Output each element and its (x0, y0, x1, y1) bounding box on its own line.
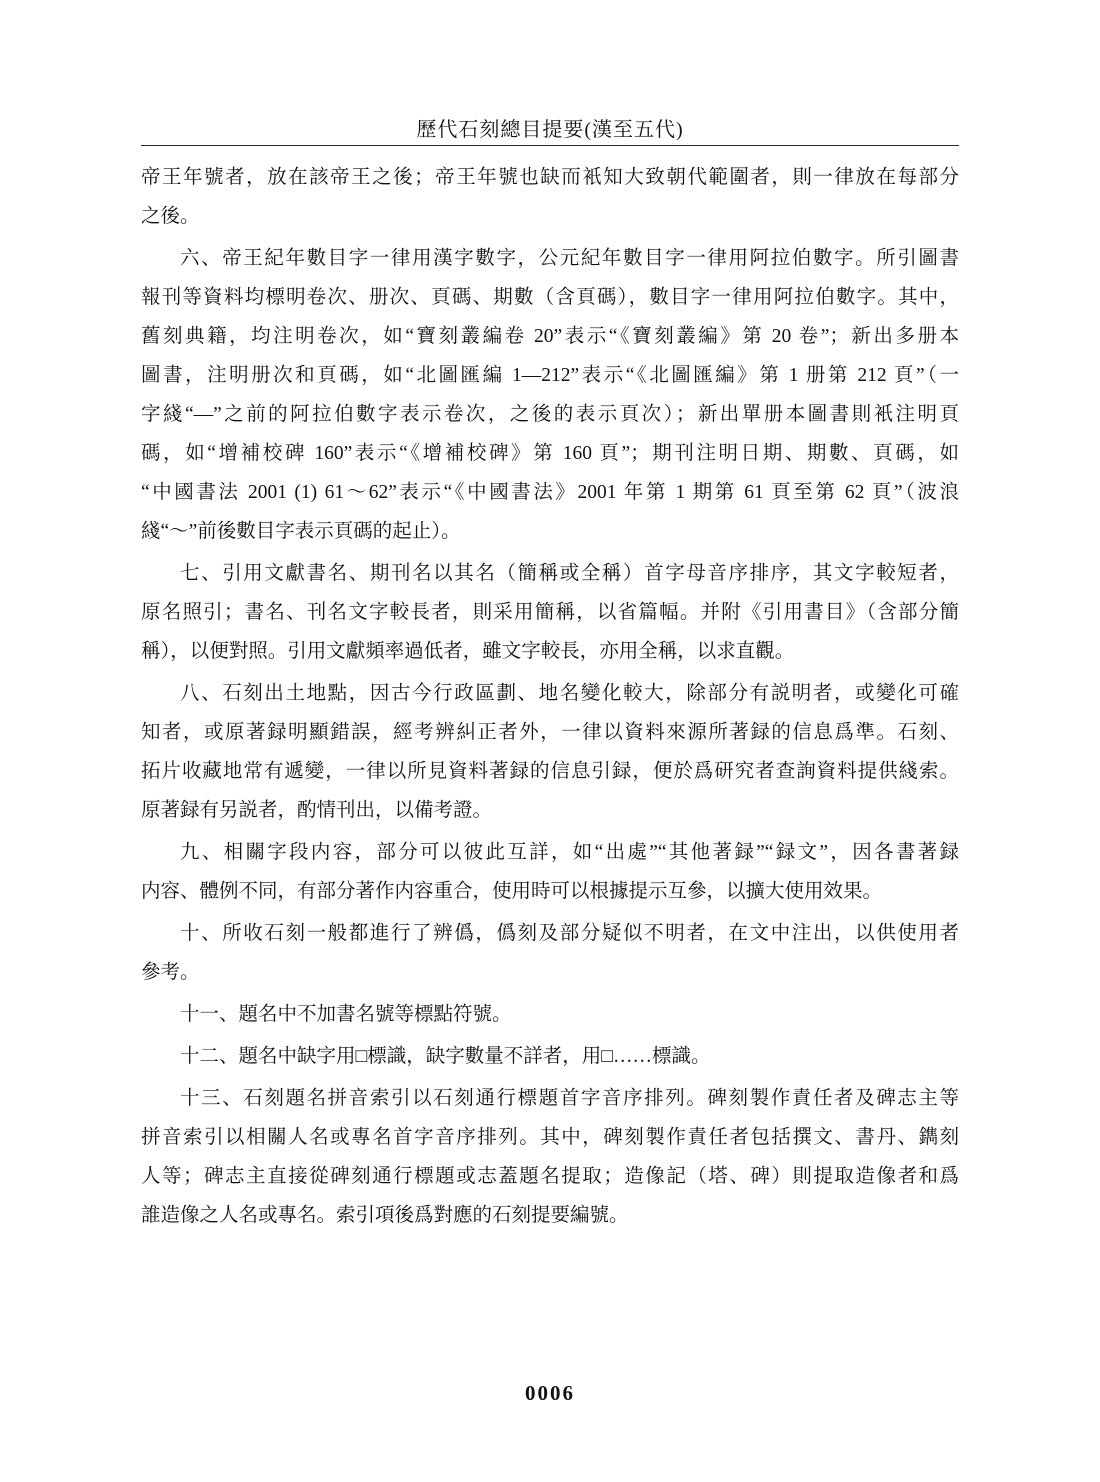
text-line: 綫“～”前後數目字表示頁碼的起止）。 (141, 512, 959, 551)
page-number: 0006 (0, 1378, 1100, 1408)
text-line: 字綫“—”之前的阿拉伯數字表示卷次，之後的表示頁次）；新出單册本圖書則衹注明頁 (141, 395, 959, 434)
text-line: 帝王年號者，放在該帝王之後；帝王年號也缺而衹知大致朝代範圍者，則一律放在每部分 (141, 158, 959, 197)
paragraph: 八、石刻出土地點，因古今行政區劃、地名變化較大，除部分有説明者，或變化可確知者，… (141, 674, 959, 830)
paragraph: 帝王年號者，放在該帝王之後；帝王年號也缺而衹知大致朝代範圍者，則一律放在每部分之… (141, 158, 959, 236)
page-header-title: 歷代石刻總目提要(漢至五代) (141, 116, 959, 144)
paragraph: 十一、題名中不加書名號等標點符號。 (141, 995, 959, 1034)
text-line: 八、石刻出土地點，因古今行政區劃、地名變化較大，除部分有説明者，或變化可確 (141, 674, 959, 713)
text-line: 内容、體例不同，有部分著作内容重合，使用時可以根據提示互參，以擴大使用效果。 (141, 872, 959, 911)
text-line: 九、相關字段内容，部分可以彼此互詳，如“出處”“其他著録”“録文”，因各書著録 (141, 833, 959, 872)
paragraph: 六、帝王紀年數目字一律用漢字數字，公元紀年數目字一律用阿拉伯數字。所引圖書報刊等… (141, 239, 959, 551)
text-line: 舊刻典籍，均注明卷次，如“寶刻叢編卷 20”表示“《寶刻叢編》第 20 卷”；新… (141, 317, 959, 356)
paragraph: 九、相關字段内容，部分可以彼此互詳，如“出處”“其他著録”“録文”，因各書著録内… (141, 833, 959, 911)
body-text: 帝王年號者，放在該帝王之後；帝王年號也缺而衹知大致朝代範圍者，則一律放在每部分之… (141, 158, 959, 1235)
text-line: 七、引用文獻書名、期刊名以其名（簡稱或全稱）首字母音序排序，其文字較短者， (141, 554, 959, 593)
text-line: 十三、石刻題名拼音索引以石刻通行標題首字音序排列。碑刻製作責任者及碑志主等 (141, 1079, 959, 1118)
text-line: 十一、題名中不加書名號等標點符號。 (141, 995, 959, 1034)
text-line: 原名照引；書名、刊名文字較長者，則采用簡稱，以省篇幅。并附《引用書目》（含部分簡 (141, 593, 959, 632)
text-line: 拼音索引以相關人名或專名首字音序排列。其中，碑刻製作責任者包括撰文、書丹、鐫刻 (141, 1118, 959, 1157)
document-page: 歷代石刻總目提要(漢至五代) 帝王年號者，放在該帝王之後；帝王年號也缺而衹知大致… (0, 0, 1100, 1482)
text-line: 圖書，注明册次和頁碼，如“北圖匯編 1—212”表示“《北圖匯編》第 1 册第 … (141, 356, 959, 395)
text-line: 之後。 (141, 197, 959, 236)
text-line: 碼，如“增補校碑 160”表示“《增補校碑》第 160 頁”；期刊注明日期、期數… (141, 434, 959, 473)
text-line: 報刊等資料均標明卷次、册次、頁碼、期數（含頁碼），數目字一律用阿拉伯數字。其中， (141, 278, 959, 317)
text-line: 參考。 (141, 953, 959, 992)
paragraph: 十、所收石刻一般都進行了辨僞，僞刻及部分疑似不明者，在文中注出，以供使用者參考。 (141, 914, 959, 992)
paragraph: 十三、石刻題名拼音索引以石刻通行標題首字音序排列。碑刻製作責任者及碑志主等拼音索… (141, 1079, 959, 1235)
text-line: 六、帝王紀年數目字一律用漢字數字，公元紀年數目字一律用阿拉伯數字。所引圖書 (141, 239, 959, 278)
text-line: 稱），以便對照。引用文獻頻率過低者，雖文字較長，亦用全稱，以求直觀。 (141, 632, 959, 671)
text-line: “中國書法 2001 (1) 61～62”表示“《中國書法》2001 年第 1 … (141, 473, 959, 512)
text-line: 誰造像之人名或專名。索引項後爲對應的石刻提要編號。 (141, 1196, 959, 1235)
text-line: 十二、題名中缺字用□標識，缺字數量不詳者，用□……標識。 (141, 1037, 959, 1076)
text-line: 知者，或原著録明顯錯誤，經考辨糾正者外，一律以資料來源所著録的信息爲準。石刻、 (141, 713, 959, 752)
paragraph: 十二、題名中缺字用□標識，缺字數量不詳者，用□……標識。 (141, 1037, 959, 1076)
header-rule (141, 145, 959, 146)
paragraph: 七、引用文獻書名、期刊名以其名（簡稱或全稱）首字母音序排序，其文字較短者，原名照… (141, 554, 959, 671)
text-line: 人等；碑志主直接從碑刻通行標題或志蓋題名提取；造像記（塔、碑）則提取造像者和爲 (141, 1157, 959, 1196)
text-line: 原著録有另説者，酌情刊出，以備考證。 (141, 791, 959, 830)
text-line: 十、所收石刻一般都進行了辨僞，僞刻及部分疑似不明者，在文中注出，以供使用者 (141, 914, 959, 953)
text-line: 拓片收藏地常有遞變，一律以所見資料著録的信息引録，便於爲研究者查詢資料提供綫索。 (141, 752, 959, 791)
